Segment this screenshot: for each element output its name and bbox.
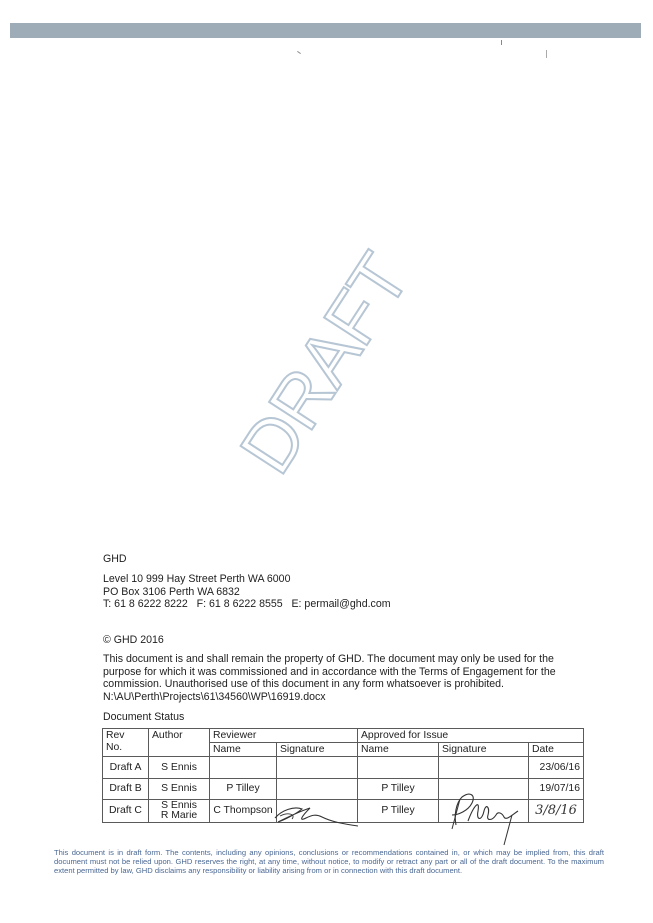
header-approved-for-issue: Approved for Issue xyxy=(358,729,584,743)
draft-watermark: DRAFT xyxy=(228,242,422,485)
reviewer-name-cell xyxy=(210,757,277,779)
reviewer-signature-cell xyxy=(277,779,358,800)
approver-name-cell xyxy=(358,757,439,779)
header-rev-no: Rev No. xyxy=(103,729,149,757)
contact-line: T: 61 8 6222 8222 F: 61 8 6222 8555 E: p… xyxy=(103,598,391,611)
author-line: R Marie xyxy=(152,811,206,821)
file-path: N:\AU\Perth\Projects\61\34560\WP\16919.d… xyxy=(103,691,326,704)
copyright: © GHD 2016 xyxy=(103,634,164,647)
author-cell: S Ennis R Marie xyxy=(149,800,210,823)
handwritten-date-cell: 3/8/16 xyxy=(529,800,584,823)
reviewer-name-cell: C Thompson xyxy=(210,800,277,823)
header-reviewer-signature: Signature xyxy=(277,743,358,757)
date-cell: 23/06/16 xyxy=(529,757,584,779)
scan-speck xyxy=(501,40,502,45)
draft-disclaimer: This document is in draft form. The cont… xyxy=(54,848,604,876)
rev-cell: Draft A xyxy=(103,757,149,779)
table-header-row: Rev No. Author Reviewer Approved for Iss… xyxy=(103,729,584,743)
approver-signature-cell xyxy=(439,757,529,779)
rev-cell: Draft B xyxy=(103,779,149,800)
scan-speck xyxy=(297,51,301,54)
table-row: Draft C S Ennis R Marie C Thompson P Til… xyxy=(103,800,584,823)
header-reviewer-name: Name xyxy=(210,743,277,757)
author-cell: S Ennis xyxy=(149,779,210,800)
scan-speck xyxy=(546,50,547,58)
header-approver-signature: Signature xyxy=(439,743,529,757)
company-name: GHD xyxy=(103,553,127,566)
table-row: Draft B S Ennis P Tilley P Tilley 19/07/… xyxy=(103,779,584,800)
rev-cell: Draft C xyxy=(103,800,149,823)
document-status-title: Document Status xyxy=(103,711,184,724)
header-reviewer: Reviewer xyxy=(210,729,358,743)
header-date: Date xyxy=(529,743,584,757)
address-line: Level 10 999 Hay Street Perth WA 6000 xyxy=(103,573,391,586)
header-approver-name: Name xyxy=(358,743,439,757)
address-line: PO Box 3106 Perth WA 6832 xyxy=(103,586,391,599)
reviewer-signature-cell xyxy=(277,800,358,823)
approver-name-cell: P Tilley xyxy=(358,800,439,823)
company-address: Level 10 999 Hay Street Perth WA 6000 PO… xyxy=(103,573,391,611)
header-bar xyxy=(10,23,641,38)
approver-signature-cell xyxy=(439,800,529,823)
legal-notice: This document is and shall remain the pr… xyxy=(103,653,573,691)
reviewer-signature-cell xyxy=(277,757,358,779)
approver-name-cell: P Tilley xyxy=(358,779,439,800)
reviewer-name-cell: P Tilley xyxy=(210,779,277,800)
header-author: Author xyxy=(149,729,210,757)
document-status-table: Rev No. Author Reviewer Approved for Iss… xyxy=(102,728,584,823)
approver-signature-cell xyxy=(439,779,529,800)
table-row: Draft A S Ennis 23/06/16 xyxy=(103,757,584,779)
author-cell: S Ennis xyxy=(149,757,210,779)
date-cell: 19/07/16 xyxy=(529,779,584,800)
